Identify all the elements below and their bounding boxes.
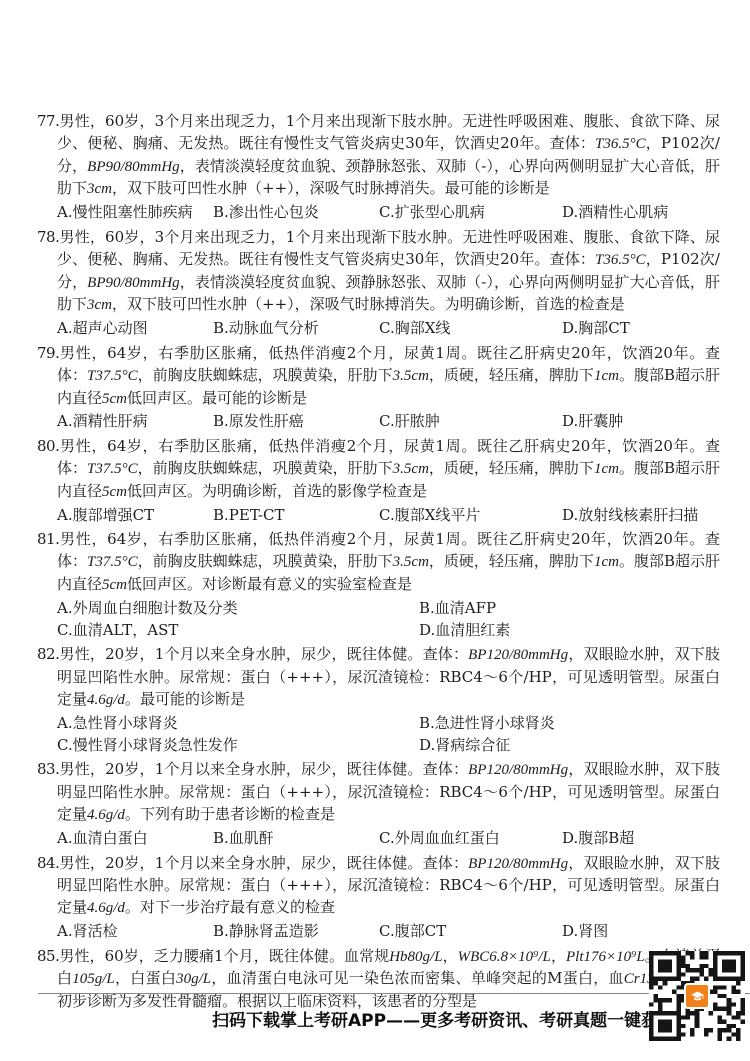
question-stem: 77.男性，60岁，3个月来出现乏力，1个月来出现渐下肢水肿。无进性呼吸困难、腹… (37, 111, 720, 201)
footer-promo-text: 扫码下载掌上考研APP——更多考研资讯、考研真题一键获取 (212, 1010, 675, 1032)
qr-center-logo (684, 983, 710, 1009)
question-stem: 83.男性，20岁，1个月以来全身水肿，尿少，既往体健。查体：BP120/80m… (37, 759, 720, 826)
option-d: D.肾图 (562, 921, 720, 943)
graduation-cap-icon (690, 989, 705, 1004)
option-b: B.动脉血气分析 (213, 318, 379, 340)
option-c: C.扩张型心肌病 (379, 202, 562, 224)
question-79: 79.男性，64岁，右季肋区胀痛，低热伴消瘦2个月，尿黄1周。既往乙肝病史20年… (37, 343, 720, 433)
question-80: 80.男性，64岁，右季肋区胀痛，低热伴消瘦2个月，尿黄1周。既往乙肝病史20年… (37, 436, 720, 526)
options-row: A.肾活检 B.静脉肾盂造影 C.腹部CT D.肾图 (57, 921, 720, 943)
question-85: 85.男性，60岁，乏力腰痛1个月，既往体健。血常规Hb80g/L，WBC6.8… (37, 946, 720, 1013)
options-row: A.血清白蛋白 B.血肌酐 C.外周血血红蛋白 D.腹部B超 (57, 828, 720, 850)
option-b: B.静脉肾盂造影 (213, 921, 379, 943)
question-number: 85. (37, 947, 59, 965)
option-c: C.腹部X线平片 (379, 505, 562, 527)
footer-divider (38, 993, 750, 994)
question-number: 77. (37, 112, 59, 130)
option-d: D.放射线核素肝扫描 (562, 505, 720, 527)
option-b: B.急进性肾小球肾炎 (419, 713, 720, 735)
option-a: A.超声心动图 (57, 318, 213, 340)
options-grid: A.外周血白细胞计数及分类 B.血清AFP C.血清ALT，AST D.血清胆红… (57, 598, 720, 642)
qr-code (649, 951, 745, 1041)
option-d: D.肝囊肿 (562, 411, 720, 433)
option-c: C.慢性肾小球肾炎急性发作 (57, 735, 419, 757)
exam-page: { "questions": [ { "number": "77.", "seg… (0, 0, 750, 1061)
option-a: A.肾活检 (57, 921, 213, 943)
option-d: D.酒精性心肌病 (562, 202, 720, 224)
option-d: D.胸部CT (562, 318, 720, 340)
option-a: A.慢性阻塞性肺疾病 (57, 202, 213, 224)
option-d: D.肾病综合征 (419, 735, 720, 757)
option-a: A.血清白蛋白 (57, 828, 213, 850)
question-stem: 84.男性，20岁，1个月以来全身水肿，尿少，既往体健。查体：BP120/80m… (37, 853, 720, 920)
option-b: B.原发性肝癌 (213, 411, 379, 433)
question-stem: 78.男性，60岁，3个月来出现乏力，1个月来出现渐下肢水肿。无进性呼吸困难、腹… (37, 227, 720, 317)
question-81: 81.男性，64岁，右季肋区胀痛，低热伴消瘦2个月，尿黄1周。既往乙肝病史20年… (37, 529, 720, 641)
option-c: C.胸部X线 (379, 318, 562, 340)
option-c: C.血清ALT，AST (57, 620, 419, 642)
question-stem: 81.男性，64岁，右季肋区胀痛，低热伴消瘦2个月，尿黄1周。既往乙肝病史20年… (37, 529, 720, 596)
question-78: 78.男性，60岁，3个月来出现乏力，1个月来出现渐下肢水肿。无进性呼吸困难、腹… (37, 227, 720, 340)
question-number: 81. (37, 530, 59, 548)
question-stem: 85.男性，60岁，乏力腰痛1个月，既往体健。血常规Hb80g/L，WBC6.8… (37, 946, 720, 1013)
question-number: 82. (37, 645, 59, 663)
option-d: D.腹部B超 (562, 828, 720, 850)
question-number: 83. (37, 760, 59, 778)
option-b: B.PET-CT (213, 505, 379, 527)
question-number: 79. (37, 344, 59, 362)
option-a: A.急性肾小球肾炎 (57, 713, 419, 735)
question-82: 82.男性，20岁，1个月以来全身水肿，尿少，既往体健。查体：BP120/80m… (37, 644, 720, 756)
options-row: A.超声心动图 B.动脉血气分析 C.胸部X线 D.胸部CT (57, 318, 720, 340)
option-a: A.酒精性肝病 (57, 411, 213, 433)
option-c: C.腹部CT (379, 921, 562, 943)
question-84: 84.男性，20岁，1个月以来全身水肿，尿少，既往体健。查体：BP120/80m… (37, 853, 720, 943)
options-row: A.慢性阻塞性肺疾病 B.渗出性心包炎 C.扩张型心肌病 D.酒精性心肌病 (57, 202, 720, 224)
option-b: B.血肌酐 (213, 828, 379, 850)
option-c: C.外周血血红蛋白 (379, 828, 562, 850)
question-stem: 79.男性，64岁，右季肋区胀痛，低热伴消瘦2个月，尿黄1周。既往乙肝病史20年… (37, 343, 720, 410)
option-c: C.肝脓肿 (379, 411, 562, 433)
options-grid: A.急性肾小球肾炎 B.急进性肾小球肾炎 C.慢性肾小球肾炎急性发作 D.肾病综… (57, 713, 720, 757)
question-number: 84. (37, 854, 59, 872)
question-list: 77.男性，60岁，3个月来出现乏力，1个月来出现渐下肢水肿。无进性呼吸困难、腹… (37, 111, 720, 1016)
option-a: A.腹部增强CT (57, 505, 213, 527)
question-stem: 80.男性，64岁，右季肋区胀痛，低热伴消瘦2个月，尿黄1周。既往乙肝病史20年… (37, 436, 720, 503)
option-d: D.血清胆红素 (419, 620, 720, 642)
option-b: B.血清AFP (419, 598, 720, 620)
question-stem: 82.男性，20岁，1个月以来全身水肿，尿少，既往体健。查体：BP120/80m… (37, 644, 720, 711)
question-number: 78. (37, 228, 59, 246)
question-77: 77.男性，60岁，3个月来出现乏力，1个月来出现渐下肢水肿。无进性呼吸困难、腹… (37, 111, 720, 224)
options-row: A.酒精性肝病 B.原发性肝癌 C.肝脓肿 D.肝囊肿 (57, 411, 720, 433)
options-row: A.腹部增强CT B.PET-CT C.腹部X线平片 D.放射线核素肝扫描 (57, 505, 720, 527)
question-83: 83.男性，20岁，1个月以来全身水肿，尿少，既往体健。查体：BP120/80m… (37, 759, 720, 849)
question-number: 80. (37, 437, 59, 455)
option-a: A.外周血白细胞计数及分类 (57, 598, 419, 620)
option-b: B.渗出性心包炎 (213, 202, 379, 224)
